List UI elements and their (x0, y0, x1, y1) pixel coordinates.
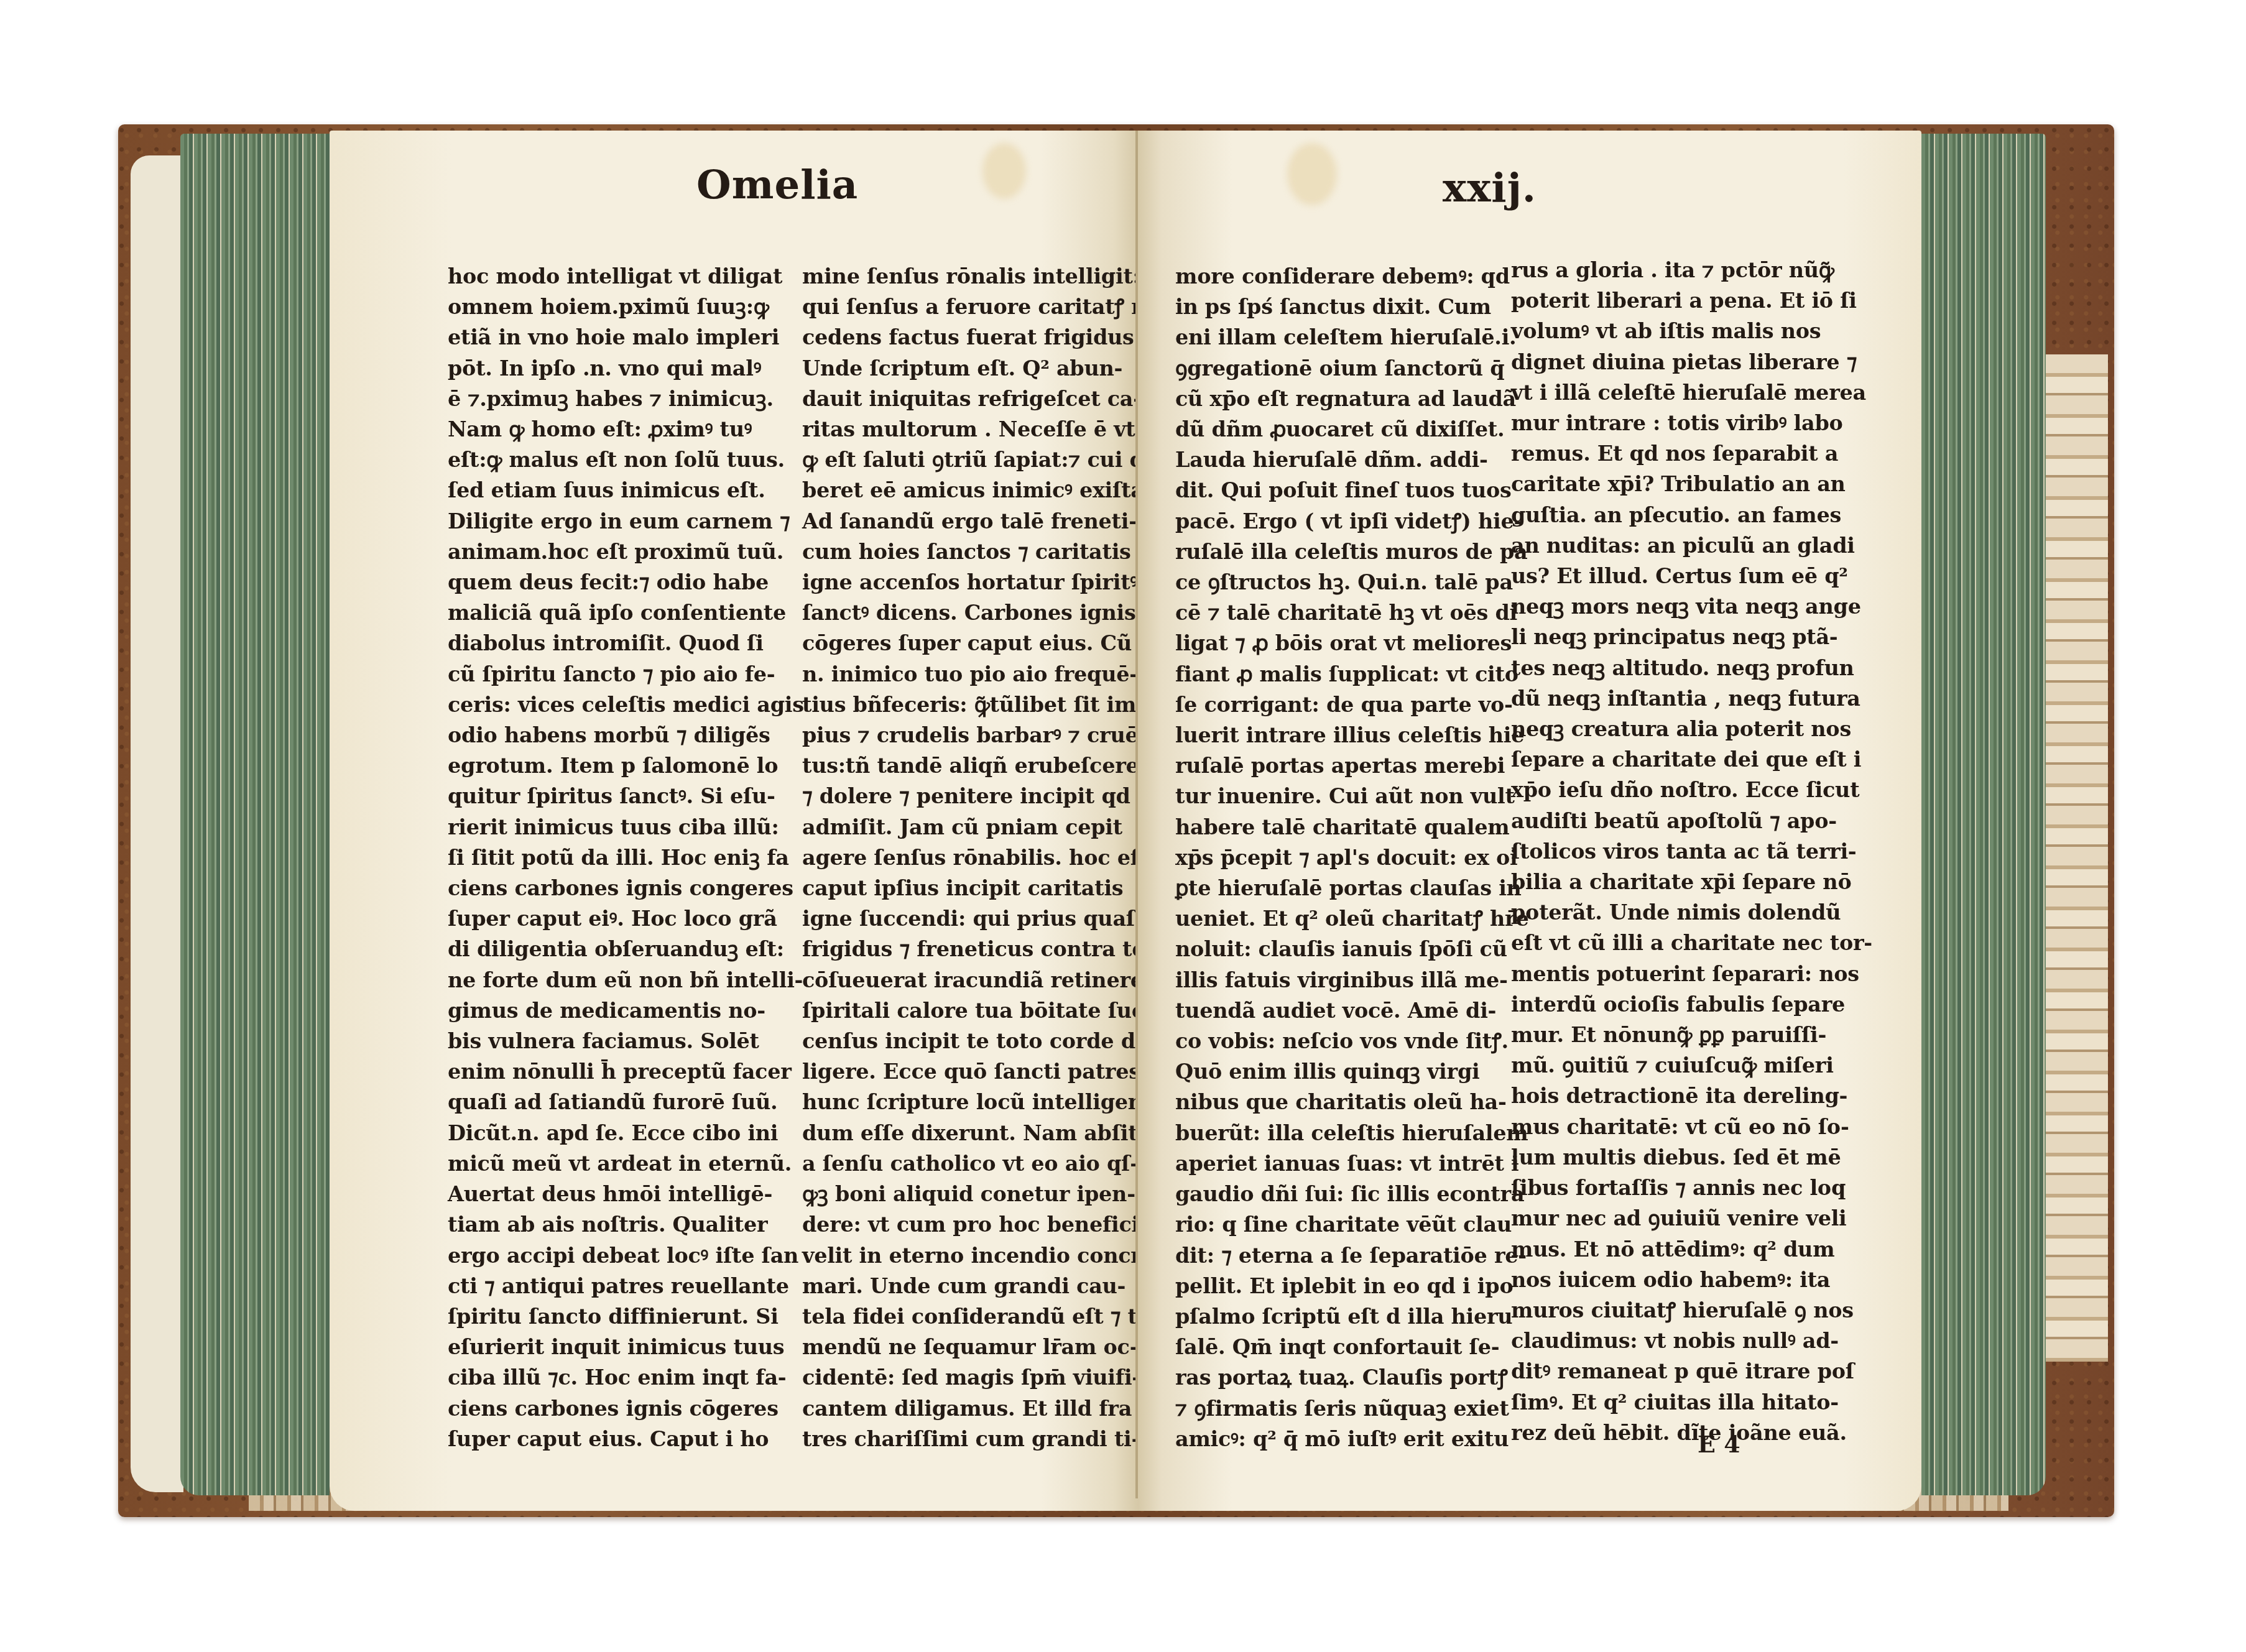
text-line: beret eē amicus inimicꝰ exiſtat. (802, 475, 1160, 505)
text-line: eſt:ꝙ malus eſt non ſolũ tuus. (448, 445, 804, 475)
fore-edge-right (1921, 134, 2046, 1495)
foxing-stain (982, 143, 1026, 199)
text-line: tus:tñ tandē aliqñ erubeſcere (802, 750, 1160, 781)
text-line: dignet diuina pietas liberare ⁊ (1511, 347, 1872, 377)
text-line: cti ⁊ antiqui patres reuellante (448, 1271, 804, 1301)
text-line: ergo accipi debeat locꝰ iſte ſan (448, 1240, 804, 1271)
text-line: ſuper caput eius. Caput i ho (448, 1424, 804, 1454)
text-line: eni illam celeſtem hieruſalē.i. (1175, 322, 1528, 353)
left-page: Omelia hoc modo intelligat vt diligat om… (330, 131, 1138, 1511)
text-line: fiant ꝓ malis ſupplicat: vt cito (1175, 659, 1528, 690)
text-line: Lauda hieruſalē dñm. addi- (1175, 445, 1528, 475)
text-line: illis fatuis virginibus illã me- (1175, 965, 1528, 995)
text-line: poterãt. Unde nimis dolendũ (1511, 897, 1872, 928)
text-line: co vobis: neſcio vos vnde ſitꝭ. (1175, 1026, 1528, 1056)
text-line: ce ꝯſtructos hꝫ. Qui.n. talē pa (1175, 567, 1528, 598)
text-line: dũ dñm ꝓuocaret cũ dixiſſet. (1175, 414, 1528, 445)
text-line: pōt. In ipſo .n. vno qui malꝰ (448, 353, 804, 384)
text-line: ē ⁊.pximuꝫ habes ⁊ inimicuꝫ. (448, 384, 804, 414)
text-line: dit: ⁊ eterna a ſe ſeparatiōe re- (1175, 1240, 1528, 1271)
text-line: rierit inimicus tuus ciba illũ: (448, 812, 804, 842)
text-line: poterit liberari a pena. Et iō ſi (1511, 285, 1872, 316)
text-line: bis vulnera faciamus. Solēt (448, 1026, 804, 1056)
text-line: interdũ ocioſis fabulis ſepare (1511, 989, 1872, 1020)
text-line: dit. Qui poſuit fineſ tuos tuos (1175, 475, 1528, 505)
text-line: ⁊ dolere ⁊ penitere incipit qd (802, 781, 1160, 811)
text-line: mũ. ꝯuitiũ ⁊ cuiuſcuꝙ̃ miſeri (1511, 1050, 1872, 1081)
text-line: mentis potuerint ſeparari: nos (1511, 959, 1872, 989)
text-line: mus charitatē: vt cũ eo nō ſo- (1511, 1112, 1872, 1142)
text-line: Unde ſcriptum eſt. Q² abun- (802, 353, 1160, 384)
foxing-stain (1287, 143, 1337, 205)
text-line: li neqꝫ principatus neqꝫ ptã- (1511, 622, 1872, 652)
text-line: ſed etiam ſuus inimicus eſt. (448, 475, 804, 505)
text-line: ras portaꝝ tuaꝝ. Clauſis portꝭ (1175, 1362, 1528, 1393)
text-line: tela fidei conſiderandũ eſt ⁊ ti- (802, 1301, 1160, 1332)
text-line: pius ⁊ crudelis barbarꝰ ⁊ cruē (802, 720, 1160, 750)
text-line: cidentē: ſed magis ſpm̄ viuifi- (802, 1362, 1160, 1393)
text-line: tius bñfeceris: ꝙ̃tũlibet ſit im (802, 690, 1160, 720)
text-line: dere: vt cum pro hoc beneficio (802, 1209, 1160, 1240)
text-line: ſpiritu ſancto diffinierunt. Si (448, 1301, 804, 1332)
text-line: odio habens morbũ ⁊ diligẽs (448, 720, 804, 750)
marbled-endpaper-right (2046, 354, 2108, 1362)
text-line: more conſiderare debemꝰ: qd (1175, 261, 1528, 292)
text-line: ueniet. Et q² oleũ charitatꝭ hr̄e (1175, 903, 1528, 934)
text-line: luerit intrare illius celeſtis hie (1175, 720, 1528, 750)
text-line: enim nōnulli h̄ preceptũ facer (448, 1056, 804, 1087)
text-line: dũ neqꝫ inſtantia , neqꝫ futura (1511, 683, 1872, 714)
text-line: cōſueuerat iracundiã retinere (802, 965, 1160, 995)
running-head-right: xxij. (1443, 165, 1537, 211)
text-line: ſanctꝰ dicens. Carbones ignis (802, 598, 1160, 628)
text-line: eſurierit inquit inimicus tuus (448, 1332, 804, 1362)
text-line: omnem hoiem.pximũ ſuuꝫ:ꝙ (448, 292, 804, 322)
text-line: pacē. Ergo ( vt ipſi videtꝭ) hie- (1175, 506, 1528, 537)
text-line: hoc modo intelligat vt diligat (448, 261, 804, 292)
text-line: Auertat deus hmōi intelligē- (448, 1179, 804, 1209)
endleaf-left (131, 155, 183, 1492)
text-line: ciens carbones ignis cōgeres (448, 1393, 804, 1424)
text-line: in ps ſpś ſanctus dixit. Cum (1175, 292, 1528, 322)
text-line: egrotum. Item p ſalomonē lo (448, 750, 804, 781)
text-line: amicꝰ: q² q̄ mō iuſtꝰ erit exitu (1175, 1424, 1528, 1454)
text-line: pellit. Et iplebit in eo qd i ipo (1175, 1271, 1528, 1301)
text-line: admiſit. Jam cũ pniam cepit (802, 812, 1160, 842)
text-line: cũ xp̄o eſt regnatura ad laudã (1175, 384, 1528, 414)
text-line: ditꝰ remaneat p quē itrare poſ (1511, 1356, 1872, 1387)
text-line: cē ⁊ talē charitatē hꝫ vt oēs di (1175, 598, 1528, 628)
text-line: audiſti beatũ apoſtolũ ⁊ apo- (1511, 806, 1872, 836)
text-line: mari. Unde cum grandi cau- (802, 1271, 1160, 1301)
text-line: volumꝰ vt ab iſtis malis nos (1511, 316, 1872, 346)
text-line: maliciã quã ipſo conſentiente (448, 598, 804, 628)
text-line: caritate xp̄i? Tribulatio an an (1511, 469, 1872, 499)
text-line: cũ ſpiritu ſancto ⁊ pio aio fe- (448, 659, 804, 690)
right-page-column-2: rus a gloria . ita ⁊ pctōr nũꝙ̃ poterit … (1511, 255, 1872, 1448)
text-line: frigidus ⁊ freneticus contra te (802, 934, 1160, 964)
text-line: ruſalē portas apertas merebi (1175, 750, 1528, 781)
text-line: ceris: vices celeſtis medici agis (448, 690, 804, 720)
text-line: ſalē. Qm̄ inqt confortauit ſe- (1175, 1332, 1528, 1362)
text-line: eſt vt cũ illi a charitate nec tor- (1511, 928, 1872, 958)
running-head-left: Omelia (696, 162, 858, 208)
text-line: tes neqꝫ altitudo. neqꝫ profun (1511, 653, 1872, 683)
text-line: ligere. Ecce quō ſancti patres (802, 1056, 1160, 1087)
text-line: ꝑte hieruſalē portas clauſas in (1175, 873, 1528, 903)
text-line: a ſenſu catholico vt eo aio qſ- (802, 1148, 1160, 1179)
right-page: xxij. more conſiderare debemꝰ: qd in ps … (1138, 131, 1921, 1511)
text-line: ſuper caput eiꝰ. Hoc loco grã (448, 903, 804, 934)
text-line: agere ſenſus rōnabilis. hoc eſt (802, 842, 1160, 873)
text-line: xp̄s p̄cepit ⁊ apl's docuit: ex oi (1175, 842, 1528, 873)
text-line: aperiet ianuas ſuas: vt intrēt i (1175, 1148, 1528, 1179)
left-page-column-1: hoc modo intelligat vt diligat omnem hoi… (448, 261, 804, 1454)
right-page-column-1: more conſiderare debemꝰ: qd in ps ſpś ſa… (1175, 261, 1528, 1454)
text-line: dum eſſe dixerunt. Nam abſit (802, 1118, 1160, 1148)
text-line: di diligentia obſeruanduꝫ eſt: (448, 934, 804, 964)
text-line: habere talē charitatē qualem (1175, 812, 1528, 842)
text-line: ſi ſitit potũ da illi. Hoc eniꝫ fa (448, 842, 804, 873)
text-line: animam.hoc eſt proximũ tuũ. (448, 537, 804, 567)
text-line: quitur ſpiritus ſanctꝰ. Si eſu- (448, 781, 804, 811)
text-line: bilia a charitate xp̄i ſepare nō (1511, 867, 1872, 897)
text-line: quaſi ad ſatiandũ furorē ſuũ. (448, 1087, 804, 1117)
text-line: tuendã audiet vocē. Amē di- (1175, 995, 1528, 1026)
text-line: mur nec ad ꝯuiuiũ venire veli (1511, 1203, 1872, 1234)
text-line: diabolus intromiſit. Quod ſi (448, 628, 804, 658)
text-line: ciens carbones ignis congeres (448, 873, 804, 903)
left-page-column-2: mine ſenſus rōnalis intelligit: qui ſenſ… (802, 261, 1160, 1454)
text-line: n. inimico tuo pio aio frequē- (802, 659, 1160, 690)
text-line: cōgeres ſuper caput eius. Cũ (802, 628, 1160, 658)
text-line: guſtia. an pſecutio. an fames (1511, 500, 1872, 530)
text-line: mine ſenſus rōnalis intelligit: (802, 261, 1160, 292)
text-line: pſalmo ſcriptũ eſt d illa hieru (1175, 1301, 1528, 1332)
text-line: Nam ꝙ homo eſt: ꝓximꝰ tuꝰ (448, 414, 804, 445)
signature-mark: E 4 (1698, 1430, 1740, 1458)
text-line: ꝯgregationē oium ſanctorũ q̄ (1175, 353, 1528, 384)
text-line: remus. Et qd nos ſeparabit a (1511, 438, 1872, 469)
text-line: etiã in vno hoie malo impleri (448, 322, 804, 353)
text-line: mus. Et nō attēdimꝰ: q² dum (1511, 1234, 1872, 1265)
text-line: cenſus incipit te toto corde di- (802, 1026, 1160, 1056)
text-line: gimus de medicamentis no- (448, 995, 804, 1026)
text-line: igne ſuccendi: qui prius quaſi (802, 903, 1160, 934)
text-line: mur intrare : totis viribꝰ labo (1511, 408, 1872, 438)
text-line: ſimꝰ. Et q² ciuitas illa hitato- (1511, 1387, 1872, 1418)
text-line: neqꝫ creatura alia poterit nos (1511, 714, 1872, 744)
text-line: Dicũt.n. apd ſe. Ecce cibo ini (448, 1118, 804, 1148)
text-line: ſtolicos viros tanta ac tã terri- (1511, 836, 1872, 867)
text-line: ne forte dum eũ non bñ intelli- (448, 965, 804, 995)
text-line: igne accenſos hortatur ſpiritꝰ (802, 567, 1160, 598)
text-line: cedens factus fuerat frigidus. (802, 322, 1160, 353)
text-line: quem deus fecit:⁊ odio habe (448, 567, 804, 598)
text-line: micũ meũ vt ardeat in eternũ. (448, 1148, 804, 1179)
text-line: mur. Et nōnunꝙ̃ ꝑꝑ paruiſſi- (1511, 1020, 1872, 1050)
text-line: ritas multorum . Neceſſe ē vt (802, 414, 1160, 445)
text-line: velit in eterno incendio concre (802, 1240, 1160, 1271)
text-line: Diligite ergo in eum carnem ⁊ (448, 506, 804, 537)
text-line: us? Et illud. Certus ſum eē q² (1511, 561, 1872, 591)
text-line: claudimus: vt nobis nullꝰ ad- (1511, 1326, 1872, 1356)
text-line: ſe corrigant: de qua parte vo- (1175, 690, 1528, 720)
text-line: mendũ ne ſequamur lr̄am oc- (802, 1332, 1160, 1362)
text-line: ꝙꝫ boni aliquid conetur ipen- (802, 1179, 1160, 1209)
text-line: rus a gloria . ita ⁊ pctōr nũꝙ̃ (1511, 255, 1872, 285)
text-line: neqꝫ mors neqꝫ vita neqꝫ ange (1511, 591, 1872, 622)
text-line: tur inuenire. Cui aũt non vult (1175, 781, 1528, 811)
text-line: ſepare a charitate dei que eſt i (1511, 744, 1872, 775)
text-line: Ad ſanandũ ergo talē freneti- (802, 506, 1160, 537)
text-line: tres chariſſimi cum grandi ti- (802, 1424, 1160, 1454)
text-line: nos iuicem odio habemꝰ: ita (1511, 1265, 1872, 1295)
text-line: hunc ſcripture locũ intelligen- (802, 1087, 1160, 1117)
text-line: buerũt: illa celeſtis hieruſalem (1175, 1118, 1528, 1148)
text-line: vt i illã celeſtē hieruſalē merea (1511, 377, 1872, 408)
text-line: nibus que charitatis oleũ ha- (1175, 1087, 1528, 1117)
text-line: cantem diligamus. Et illd fra (802, 1393, 1160, 1424)
text-line: ciba illũ ⁊c. Hoc enim inqt fa- (448, 1362, 804, 1393)
text-line: caput ipſius incipit caritatis (802, 873, 1160, 903)
text-line: ⁊ ꝯfirmatis ſeris nũquaꝫ exiet (1175, 1393, 1528, 1424)
text-line: cum hoies ſanctos ⁊ caritatis (802, 537, 1160, 567)
text-line: dauit iniquitas refrigeſcet ca- (802, 384, 1160, 414)
text-line: rez deũ hēbit. dĩte ioãne euã. (1511, 1418, 1872, 1448)
text-line: tiam ab ais noſtris. Qualiter (448, 1209, 804, 1240)
text-line: qui ſenſus a feruore caritatꝭ re (802, 292, 1160, 322)
text-line: gaudio dñi ſui: ſic illis econtra (1175, 1179, 1528, 1209)
text-line: an nuditas: an piculũ an gladi (1511, 530, 1872, 561)
fore-edge-left (180, 134, 330, 1495)
text-line: ruſalē illa celeſtis muros de pa (1175, 537, 1528, 567)
text-line: muros ciuitatꝭ hieruſalē ꝯ nos (1511, 1295, 1872, 1326)
text-line: xp̄o ieſu dño noſtro. Ecce ſicut (1511, 775, 1872, 805)
text-line: lum multis diebus. ſed ēt mē (1511, 1142, 1872, 1173)
text-line: rio: q ſine charitate vēũt clau (1175, 1209, 1528, 1240)
text-line: noluit: clauſis ianuis ſpōſi cũ (1175, 934, 1528, 964)
text-line: Quō enim illis quinqꝫ virgi (1175, 1056, 1528, 1087)
text-line: ꝙ eſt ſaluti ꝯtriũ ſapiat:⁊ cui de (802, 445, 1160, 475)
text-line: ſpiritali calore tua bōitate ſuc (802, 995, 1160, 1026)
text-line: hois detractionē ita dereling- (1511, 1081, 1872, 1111)
text-line: ligat ⁊ ꝓ bōis orat vt meliores (1175, 628, 1528, 658)
text-line: ſibus fortaſſis ⁊ annis nec loq (1511, 1173, 1872, 1203)
